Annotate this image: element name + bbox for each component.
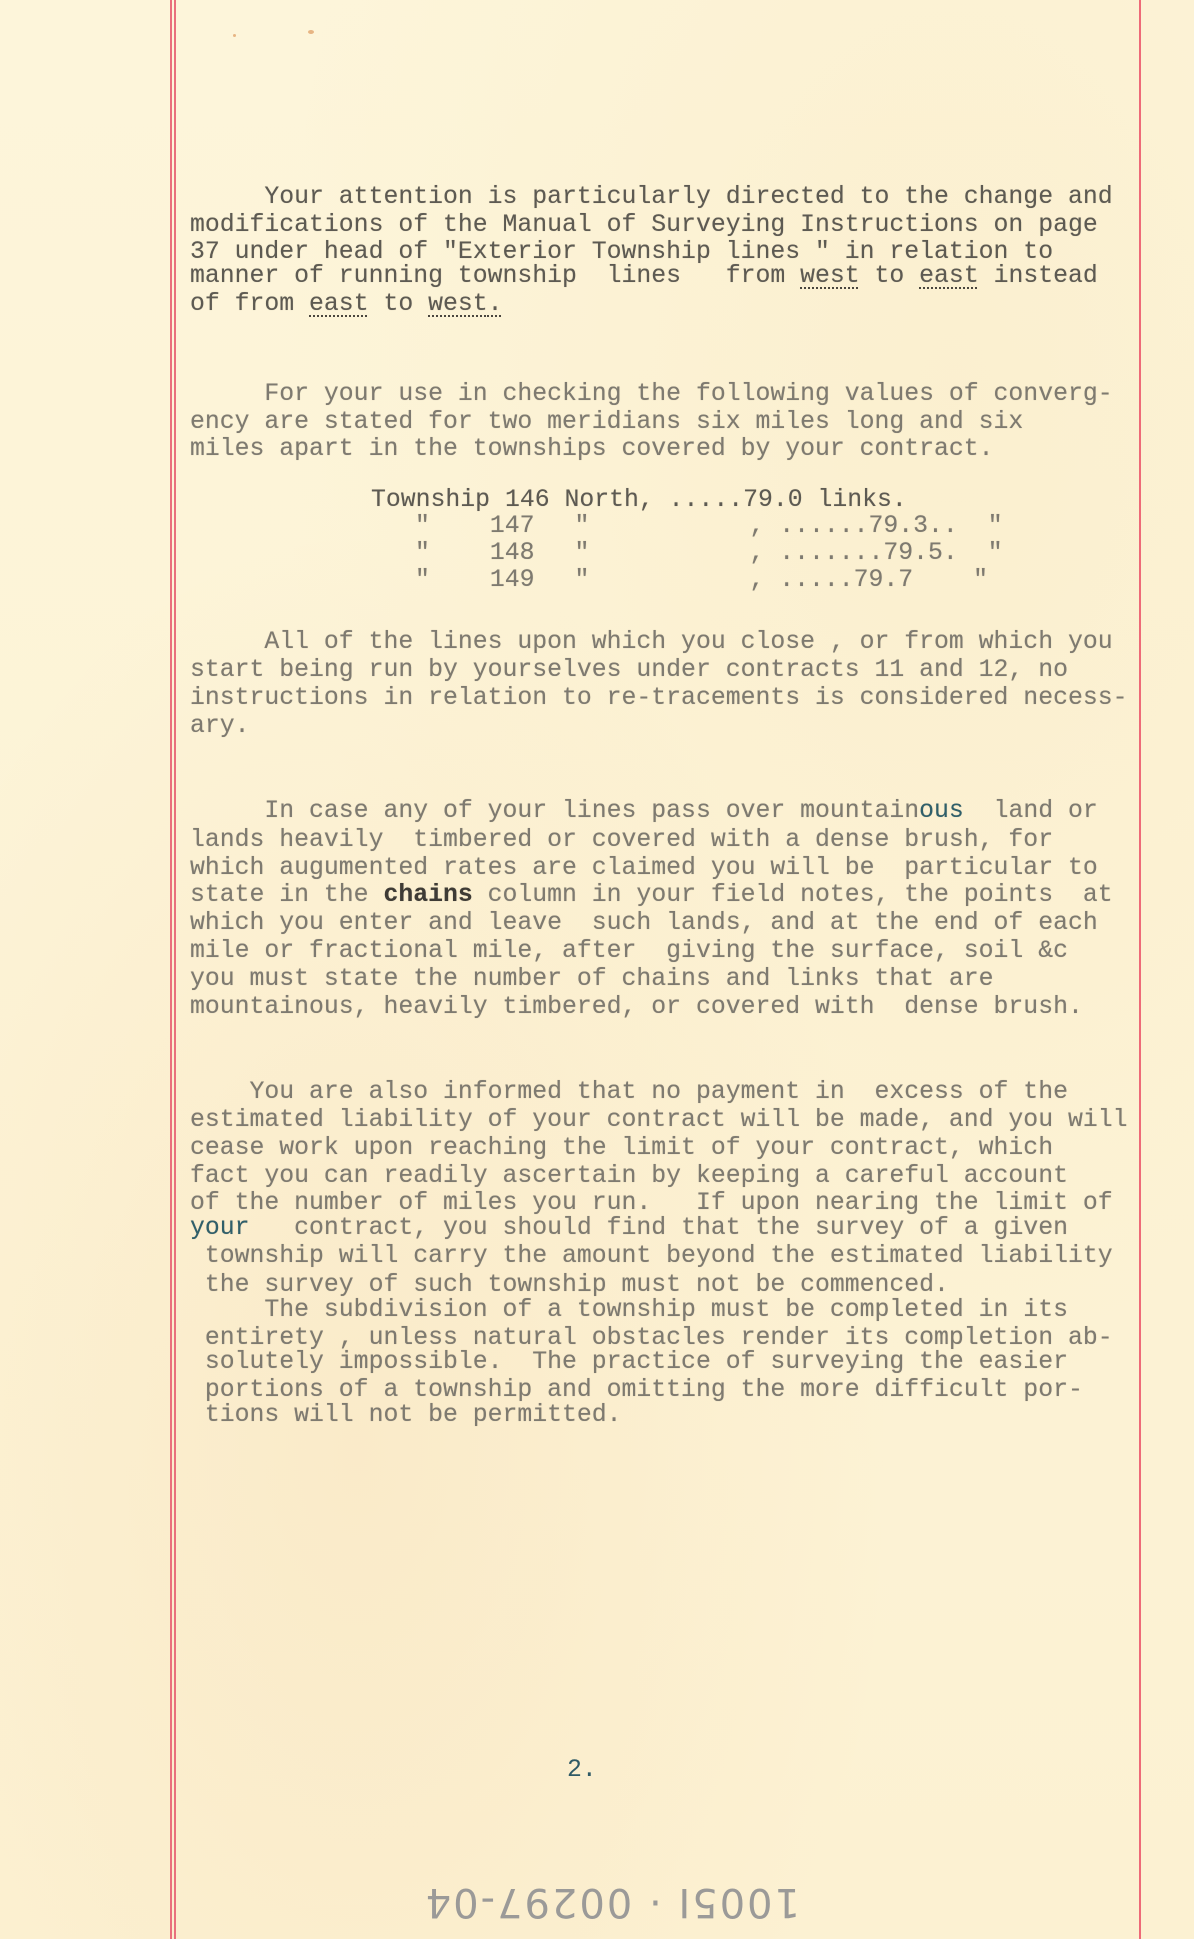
- table-row: "149", .....79.7": [415, 566, 988, 594]
- p4-line-3: which augumented rates are claimed you w…: [190, 854, 1098, 882]
- ink-correction: ous: [919, 797, 964, 825]
- p5-line-13: tions will not be permitted.: [190, 1401, 622, 1429]
- p4-line-5: which you enter and leave such lands, an…: [190, 909, 1098, 937]
- p3-line-2: start being run by yourselves under cont…: [190, 656, 1068, 684]
- row-label: Township: [371, 486, 490, 514]
- paper-stain: [308, 30, 314, 34]
- p5-line-1: You are also informed that no payment in…: [190, 1078, 1068, 1106]
- ditto-mark: ": [575, 512, 590, 540]
- p5-line-11: solutely impossible. The practice of sur…: [190, 1348, 1068, 1376]
- text-segment: land or: [964, 797, 1098, 825]
- table-row: "147", ......79.3..": [415, 512, 1003, 540]
- township-number: 149: [490, 566, 535, 594]
- paper-stain: [233, 34, 236, 37]
- p4-line-8: mountainous, heavily timbered, or covere…: [190, 993, 1083, 1021]
- p4-line-4: state in the chains column in your field…: [190, 881, 1113, 909]
- p4-line-1: In case any of your lines pass over moun…: [190, 797, 1098, 825]
- dot-leader: .....: [669, 486, 743, 514]
- p4-line-2: lands heavily timbered or covered with a…: [190, 826, 1053, 854]
- p5-line-4: fact you can readily ascertain by keepin…: [190, 1162, 1068, 1190]
- underlined-word-east: east: [309, 290, 369, 318]
- township-number: 147: [490, 512, 535, 540]
- p4-line-4-text: state in the: [190, 881, 383, 909]
- p1-line-4: manner of running township lines from we…: [190, 262, 1098, 290]
- page-number: 2.: [567, 1756, 597, 1784]
- underlined-word-west: west: [800, 262, 860, 290]
- p4-line-6: mile or fractional mile, after giving th…: [190, 937, 1068, 965]
- convergency-value: 79.3..: [868, 512, 957, 540]
- dot-leader: , .......: [749, 539, 883, 567]
- text-segment: .: [488, 290, 503, 318]
- p1-line-2: modifications of the Manual of Surveying…: [190, 211, 1098, 239]
- text-segment: contract, you should find that the surve…: [250, 1214, 1068, 1242]
- p5-line-12: portions of a township and omitting the …: [190, 1376, 1083, 1404]
- p2-line-1: For your use in checking the following v…: [190, 380, 1113, 408]
- p5-line-3: cease work upon reaching the limit of yo…: [190, 1134, 1053, 1162]
- p5-line-7: township will carry the amount beyond th…: [190, 1242, 1113, 1270]
- p5-line-8: the survey of such township must not be …: [190, 1271, 949, 1299]
- township-number: 148: [490, 539, 535, 567]
- p2-line-3: miles apart in the townships covered by …: [190, 435, 994, 463]
- text-segment: column in your field notes, the points a…: [473, 881, 1113, 909]
- p4-line-1-text: In case any of your lines pass over moun…: [190, 797, 919, 825]
- p1-line-5-text: of from: [190, 290, 309, 318]
- left-margin-rule: [170, 0, 172, 1939]
- ditto-mark: ": [415, 512, 430, 540]
- right-margin-rule: [1139, 0, 1141, 1939]
- p3-line-3: instructions in relation to re-tracement…: [190, 684, 1127, 712]
- ditto-mark: ": [988, 539, 1003, 567]
- left-margin-rule-inner: [174, 0, 176, 1939]
- p5-line-2: estimated liability of your contract wil…: [190, 1106, 1127, 1134]
- dot-leader: , ......: [749, 512, 868, 540]
- ditto-mark: ": [575, 539, 590, 567]
- convergency-value: 79.7: [854, 566, 914, 594]
- p1-line-4-text: manner of running township lines from: [190, 262, 800, 290]
- direction: North,: [564, 486, 653, 514]
- table-row: Township 146 North, .....79.0 links.: [371, 486, 907, 514]
- text-segment: to: [369, 290, 429, 318]
- convergency-value: 79.0: [743, 486, 803, 514]
- p2-line-2: ency are stated for two meridians six mi…: [190, 408, 1023, 436]
- unit: links.: [818, 486, 907, 514]
- p5-line-5: of the number of miles you run. If upon …: [190, 1189, 1113, 1217]
- table-row: "148", .......79.5.": [415, 539, 1003, 567]
- dot-leader: , .....: [749, 566, 853, 594]
- bold-word-chains: chains: [383, 881, 472, 909]
- p5-line-6: your contract, you should find that the …: [190, 1214, 1068, 1242]
- convergency-value: 79.5.: [883, 539, 957, 567]
- text-segment: to: [860, 262, 920, 290]
- archive-reference-note: 1005I · 00297-04: [424, 1879, 800, 1925]
- text-segment: instead: [979, 262, 1098, 290]
- ditto-mark: ": [415, 566, 430, 594]
- p1-line-5: of from east to west.: [190, 290, 503, 318]
- p5-line-9: The subdivision of a township must be co…: [190, 1296, 1068, 1324]
- ditto-mark: ": [415, 539, 430, 567]
- p3-line-1: All of the lines upon which you close , …: [190, 628, 1113, 656]
- p1-line-1: Your attention is particularly directed …: [190, 183, 1113, 211]
- ditto-mark: ": [973, 566, 988, 594]
- underlined-word-west: west: [428, 290, 488, 318]
- township-number: 146: [505, 486, 550, 514]
- underlined-word-east: east: [919, 262, 979, 290]
- ditto-mark: ": [575, 566, 590, 594]
- ink-correction: your: [190, 1214, 250, 1242]
- p4-line-7: you must state the number of chains and …: [190, 965, 994, 993]
- ditto-mark: ": [988, 512, 1003, 540]
- p3-line-4: ary.: [190, 712, 250, 740]
